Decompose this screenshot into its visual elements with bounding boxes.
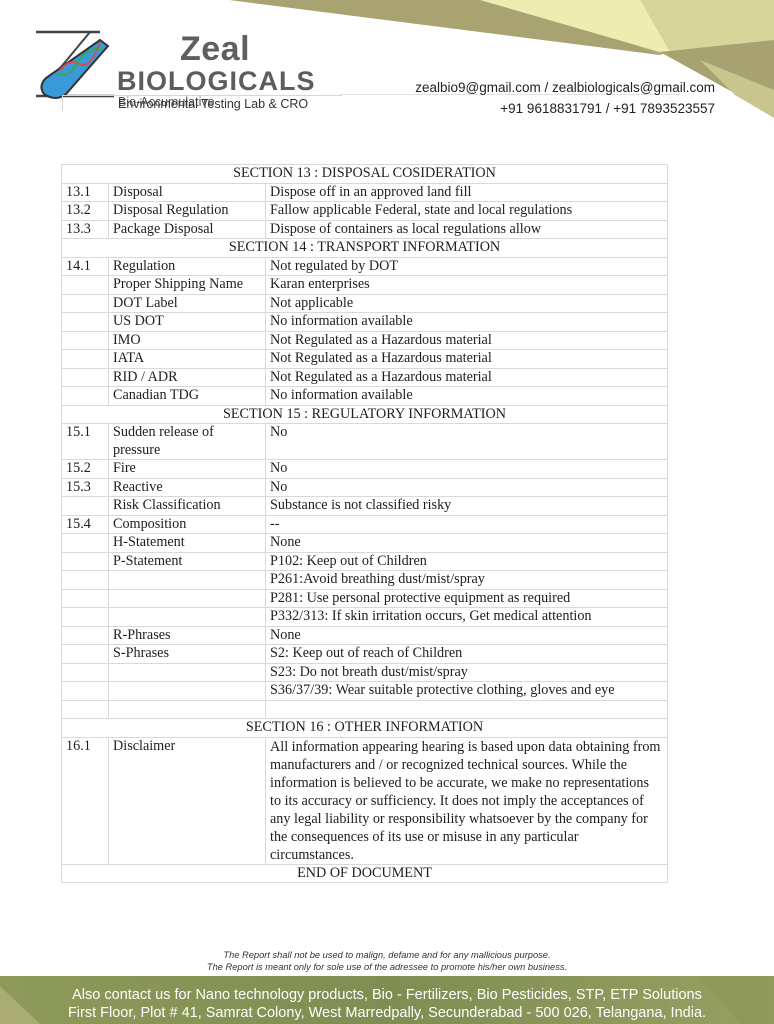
end-row: END OF DOCUMENT	[62, 864, 668, 883]
row-value: No	[266, 478, 668, 497]
row-number: 15.4	[62, 515, 109, 534]
table-row: Proper Shipping NameKaran enterprises	[62, 276, 668, 295]
end-of-document: END OF DOCUMENT	[62, 864, 668, 883]
section-header-row: SECTION 16 : OTHER INFORMATION	[62, 719, 668, 738]
row-label: S-Phrases	[109, 645, 266, 664]
contact-phone: +91 9618831791 / +91 7893523557	[500, 102, 715, 116]
row-number	[62, 663, 109, 682]
row-value: P281: Use personal protective equipment …	[266, 589, 668, 608]
row-value: All information appearing hearing is bas…	[266, 737, 668, 864]
row-label: Fire	[109, 460, 266, 479]
row-number	[62, 682, 109, 701]
row-label: Sudden release of pressure	[109, 424, 266, 460]
row-label	[109, 608, 266, 627]
row-number	[62, 313, 109, 332]
table-row: 15.1Sudden release of pressureNo	[62, 424, 668, 460]
row-number	[62, 589, 109, 608]
table-row: S36/37/39: Wear suitable protective clot…	[62, 682, 668, 701]
row-value: Dispose of containers as local regulatio…	[266, 220, 668, 239]
row-value: Fallow applicable Federal, state and loc…	[266, 202, 668, 221]
row-number: 13.1	[62, 183, 109, 202]
brand-subtitle: BIOLOGICALS	[117, 68, 316, 95]
row-number	[62, 368, 109, 387]
row-label: US DOT	[109, 313, 266, 332]
row-label: H-Statement	[109, 534, 266, 553]
row-value: Substance is not classified risky	[266, 497, 668, 516]
row-label	[109, 700, 266, 719]
section-title: SECTION 13 : DISPOSAL COSIDERATION	[62, 165, 668, 184]
footer-address: First Floor, Plot # 41, Samrat Colony, W…	[0, 1006, 774, 1021]
row-number: 13.2	[62, 202, 109, 221]
row-value: --	[266, 515, 668, 534]
row-value: P332/313: If skin irritation occurs, Get…	[266, 608, 668, 627]
row-number	[62, 700, 109, 719]
section-header-row: SECTION 14 : TRANSPORT INFORMATION	[62, 239, 668, 258]
row-value	[266, 700, 668, 719]
table-row: 15.2FireNo	[62, 460, 668, 479]
row-number	[62, 387, 109, 406]
row-number	[62, 626, 109, 645]
table-row: 13.2Disposal RegulationFallow applicable…	[62, 202, 668, 221]
row-number: 15.3	[62, 478, 109, 497]
table-row: RID / ADRNot Regulated as a Hazardous ma…	[62, 368, 668, 387]
footer-note-2: The Report is meant only for sole use of…	[0, 963, 774, 972]
table-row	[62, 700, 668, 719]
header-rule-vertical	[62, 95, 63, 111]
row-number	[62, 534, 109, 553]
row-label	[109, 589, 266, 608]
table-row: Canadian TDGNo information available	[62, 387, 668, 406]
row-number	[62, 645, 109, 664]
row-label: Disposal	[109, 183, 266, 202]
row-value: Dispose off in an approved land fill	[266, 183, 668, 202]
section-header-row: SECTION 13 : DISPOSAL COSIDERATION	[62, 165, 668, 184]
row-value: S2: Keep out of reach of Children	[266, 645, 668, 664]
row-label: DOT Label	[109, 294, 266, 313]
row-value: P102: Keep out of Children	[266, 552, 668, 571]
row-label: Canadian TDG	[109, 387, 266, 406]
table-row: DOT LabelNot applicable	[62, 294, 668, 313]
row-label: Composition	[109, 515, 266, 534]
table-row: P-StatementP102: Keep out of Children	[62, 552, 668, 571]
row-label: R-Phrases	[109, 626, 266, 645]
row-value: S36/37/39: Wear suitable protective clot…	[266, 682, 668, 701]
section-title: SECTION 15 : REGULATORY INFORMATION	[62, 405, 668, 424]
table-row: 14.1RegulationNot regulated by DOT	[62, 257, 668, 276]
table-row: R-PhrasesNone	[62, 626, 668, 645]
row-label	[109, 571, 266, 590]
row-label: Disclaimer	[109, 737, 266, 864]
table-row: P281: Use personal protective equipment …	[62, 589, 668, 608]
row-value: None	[266, 626, 668, 645]
row-value: No	[266, 424, 668, 460]
row-value: No	[266, 460, 668, 479]
row-label: Regulation	[109, 257, 266, 276]
table-row: US DOTNo information available	[62, 313, 668, 332]
row-value: Karan enterprises	[266, 276, 668, 295]
row-value: Not Regulated as a Hazardous material	[266, 368, 668, 387]
row-value: Not Regulated as a Hazardous material	[266, 350, 668, 369]
contact-email: zealbio9@gmail.com / zealbiologicals@gma…	[415, 81, 715, 95]
table-row: S23: Do not breath dust/mist/spray	[62, 663, 668, 682]
row-number	[62, 571, 109, 590]
table-row: 15.4Composition--	[62, 515, 668, 534]
table-row: P332/313: If skin irritation occurs, Get…	[62, 608, 668, 627]
section-title: SECTION 14 : TRANSPORT INFORMATION	[62, 239, 668, 258]
row-label: Reactive	[109, 478, 266, 497]
row-number	[62, 294, 109, 313]
sds-table: SECTION 13 : DISPOSAL COSIDERATION13.1Di…	[61, 164, 668, 883]
zeal-logo-icon	[34, 30, 114, 100]
row-label: RID / ADR	[109, 368, 266, 387]
table-row: P261:Avoid breathing dust/mist/spray	[62, 571, 668, 590]
table-row: IATANot Regulated as a Hazardous materia…	[62, 350, 668, 369]
table-row: 15.3ReactiveNo	[62, 478, 668, 497]
row-number	[62, 552, 109, 571]
row-value: P261:Avoid breathing dust/mist/spray	[266, 571, 668, 590]
row-label: Proper Shipping Name	[109, 276, 266, 295]
table-row: 13.1DisposalDispose off in an approved l…	[62, 183, 668, 202]
row-label: Risk Classification	[109, 497, 266, 516]
row-value: No information available	[266, 313, 668, 332]
row-number: 15.1	[62, 424, 109, 460]
footer-note-1: The Report shall not be used to malign, …	[0, 951, 774, 960]
row-number	[62, 276, 109, 295]
row-number: 16.1	[62, 737, 109, 864]
row-number: 14.1	[62, 257, 109, 276]
brand-name: Zeal	[180, 32, 250, 66]
row-value: Not applicable	[266, 294, 668, 313]
row-value: Not regulated by DOT	[266, 257, 668, 276]
section-header-row: SECTION 15 : REGULATORY INFORMATION	[62, 405, 668, 424]
row-number: 13.3	[62, 220, 109, 239]
table-row: H-StatementNone	[62, 534, 668, 553]
row-number	[62, 350, 109, 369]
row-label: IMO	[109, 331, 266, 350]
row-label	[109, 663, 266, 682]
row-label: IATA	[109, 350, 266, 369]
row-value: Not Regulated as a Hazardous material	[266, 331, 668, 350]
row-label: P-Statement	[109, 552, 266, 571]
table-row: Risk ClassificationSubstance is not clas…	[62, 497, 668, 516]
table-row: IMONot Regulated as a Hazardous material	[62, 331, 668, 350]
row-label: Disposal Regulation	[109, 202, 266, 221]
table-row: S-PhrasesS2: Keep out of reach of Childr…	[62, 645, 668, 664]
row-label	[109, 682, 266, 701]
table-row: 13.3Package DisposalDispose of container…	[62, 220, 668, 239]
row-label: Package Disposal	[109, 220, 266, 239]
table-row: 16.1DisclaimerAll information appearing …	[62, 737, 668, 864]
row-value: S23: Do not breath dust/mist/spray	[266, 663, 668, 682]
row-value: No information available	[266, 387, 668, 406]
footer-services: Also contact us for Nano technology prod…	[0, 988, 774, 1003]
row-number	[62, 331, 109, 350]
row-number: 15.2	[62, 460, 109, 479]
row-number	[62, 497, 109, 516]
row-number	[62, 608, 109, 627]
row-value: None	[266, 534, 668, 553]
section-title: SECTION 16 : OTHER INFORMATION	[62, 719, 668, 738]
brand-tagline-overprint: Bio-Accumulative	[118, 96, 215, 109]
